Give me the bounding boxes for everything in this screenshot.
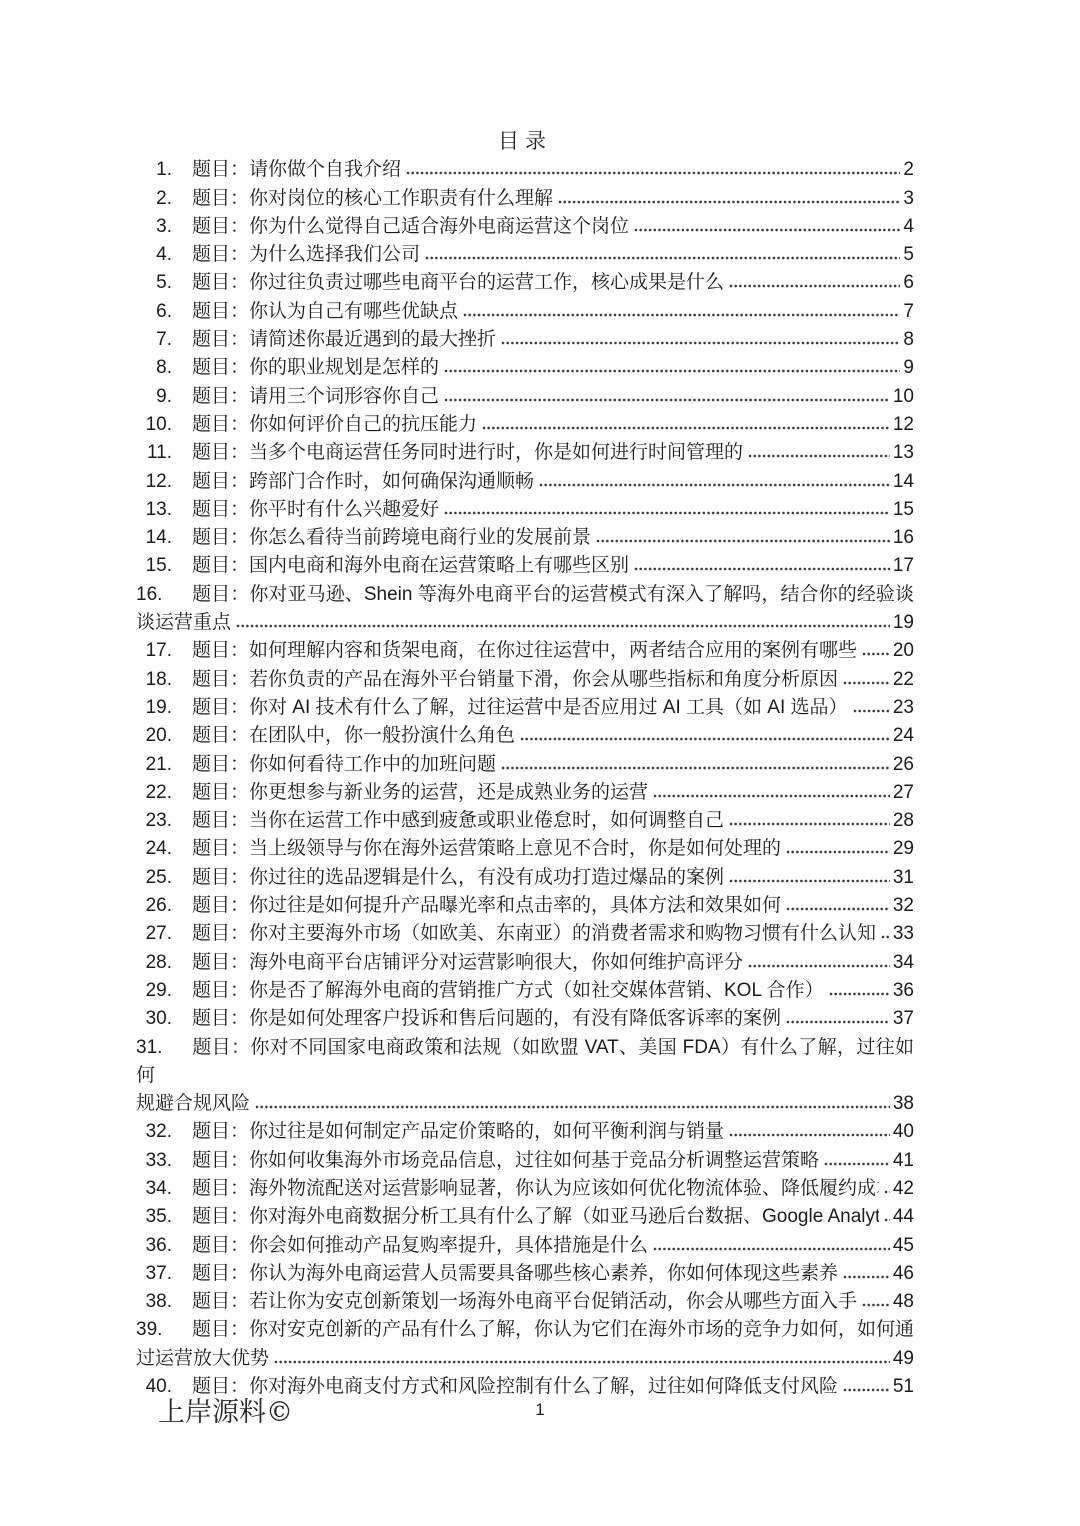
toc-entry-text: 题目：请你做个自我介绍 [192, 156, 401, 184]
dot-leader [444, 511, 890, 515]
toc-entry-page: 9 [903, 354, 914, 382]
toc-entry-page: 46 [893, 1260, 914, 1288]
toc-entry-page: 33 [893, 920, 914, 948]
toc-entry-text: 题目：你过往负责过哪些电商平台的运营工作，核心成果是什么 [192, 269, 724, 297]
dot-leader [729, 284, 900, 288]
dot-leader [843, 1388, 890, 1392]
toc-entry-page: 20 [893, 637, 914, 665]
toc-entry-text: 题目：你对不同国家电商政策和法规（如欧盟 VAT、美国 FDA）有什么了解，过往… [136, 1037, 914, 1086]
toc-entry-text-continued: 过运营放大优势 [136, 1345, 269, 1373]
toc-entry-text: 题目：在团队中，你一般扮演什么角色 [192, 722, 515, 750]
toc-entry-16[interactable]: 16.题目：你对亚马逊、Shein 等海外电商平台的运营模式有深入了解吗，结合你… [136, 581, 914, 638]
toc-entry-number: 26. [136, 892, 172, 920]
toc-entry-number: 9. [136, 383, 172, 411]
toc-entry-27[interactable]: 27.题目：你对主要海外市场（如欧美、东南亚）的消费者需求和购物习惯有什么认知3… [136, 920, 914, 948]
toc-entry-number: 3. [136, 213, 172, 241]
toc-entry-number: 25. [136, 864, 172, 892]
toc-entry-31[interactable]: 31.题目：你对不同国家电商政策和法规（如欧盟 VAT、美国 FDA）有什么了解… [136, 1034, 914, 1119]
toc-entry-14[interactable]: 14.题目：你怎么看待当前跨境电商行业的发展前景16 [136, 524, 914, 552]
toc-entry-page: 38 [893, 1090, 914, 1118]
dot-leader [829, 992, 890, 996]
toc-entry-line1: 16.题目：你对亚马逊、Shein 等海外电商平台的运营模式有深入了解吗，结合你… [136, 581, 914, 609]
toc-entry-text: 题目：你对亚马逊、Shein 等海外电商平台的运营模式有深入了解吗，结合你的经验… [192, 584, 914, 605]
dot-leader [236, 624, 890, 628]
toc-entry-9[interactable]: 9.题目：请用三个词形容你自己10 [136, 383, 914, 411]
toc-entry-page: 28 [893, 807, 914, 835]
toc-entry-number: 17. [136, 637, 172, 665]
toc-entry-number: 13. [136, 496, 172, 524]
toc-entry-text: 题目：国内电商和海外电商在运营策略上有哪些区别 [192, 552, 629, 580]
dot-leader [862, 652, 890, 656]
toc-entry-24[interactable]: 24.题目：当上级领导与你在海外运营策略上意见不合时，你是如何处理的29 [136, 835, 914, 863]
toc-entry-page: 27 [893, 779, 914, 807]
toc-entry-text: 题目：你对海外电商数据分析工具有什么了解（如亚马逊后台数据、Google Ana… [192, 1203, 879, 1231]
toc-entry-number: 29. [136, 977, 172, 1005]
toc-entry-text: 题目：跨部门合作时，如何确保沟通顺畅 [192, 468, 534, 496]
toc-entry-number: 32. [136, 1118, 172, 1146]
toc-entry-number: 15. [136, 552, 172, 580]
toc-entry-text: 题目：若让你为安克创新策划一场海外电商平台促销活动，你会从哪些方面入手 [192, 1288, 857, 1316]
toc-entry-text: 题目：你认为海外电商运营人员需要具备哪些核心素养，你如何体现这些素养 [192, 1260, 838, 1288]
dot-leader [501, 341, 900, 345]
toc-entry-text: 题目：你对 AI 技术有什么了解，过往运营中是否应用过 AI 工具（如 AI 选… [192, 694, 848, 722]
toc-entry-23[interactable]: 23.题目：当你在运营工作中感到疲惫或职业倦怠时，如何调整自己28 [136, 807, 914, 835]
page-number: 1 [0, 1400, 1080, 1420]
toc-entry-page: 48 [893, 1288, 914, 1316]
toc-entry-page: 37 [893, 1005, 914, 1033]
toc-entry-page: 51 [893, 1373, 914, 1401]
toc-entry-text: 题目：你会如何推动产品复购率提升，具体措施是什么 [192, 1232, 648, 1260]
dot-leader [274, 1360, 890, 1364]
toc-entry-text: 题目：当你在运营工作中感到疲惫或职业倦怠时，如何调整自己 [192, 807, 724, 835]
toc-entry-12[interactable]: 12.题目：跨部门合作时，如何确保沟通顺畅14 [136, 468, 914, 496]
dot-leader [653, 794, 890, 798]
toc-entry-11[interactable]: 11.题目：当多个电商运营任务同时进行时，你是如何进行时间管理的13 [136, 439, 914, 467]
toc-entry-number: 10. [136, 411, 172, 439]
toc-entry-10[interactable]: 10.题目：你如何评价自己的抗压能力12 [136, 411, 914, 439]
dot-leader [653, 1247, 890, 1251]
dot-leader [558, 200, 900, 204]
toc-entry-36[interactable]: 36.题目：你会如何推动产品复购率提升，具体措施是什么45 [136, 1232, 914, 1260]
toc-entry-number: 34. [136, 1175, 172, 1203]
toc-entry-page: 42 [893, 1175, 914, 1203]
dot-leader [425, 256, 900, 260]
toc-entry-number: 19. [136, 694, 172, 722]
toc-entry-text: 题目：你过往是如何制定产品定价策略的，如何平衡利润与销量 [192, 1118, 724, 1146]
toc-entry-21[interactable]: 21.题目：你如何看待工作中的加班问题26 [136, 751, 914, 779]
toc-entry-text: 题目：你过往是如何提升产品曝光率和点击率的，具体方法和效果如何 [192, 892, 781, 920]
dot-leader [634, 567, 890, 571]
toc-entry-text: 题目：海外物流配送对运营影响显著，你认为应该如何优化物流体验、降低履约成本 [192, 1175, 879, 1203]
toc-entry-text: 题目：你如何评价自己的抗压能力 [192, 411, 477, 439]
toc-entry-number: 24. [136, 835, 172, 863]
toc-entry-number: 39. [136, 1316, 172, 1344]
toc-entry-1[interactable]: 1.题目：请你做个自我介绍2 [136, 156, 914, 184]
toc-entry-page: 16 [893, 524, 914, 552]
toc-entry-text: 题目：当上级领导与你在海外运营策略上意见不合时，你是如何处理的 [192, 835, 781, 863]
toc-entry-page: 44 [893, 1203, 914, 1231]
toc-entry-20[interactable]: 20.题目：在团队中，你一般扮演什么角色24 [136, 722, 914, 750]
dot-leader [520, 737, 890, 741]
toc-entry-18[interactable]: 18.题目：若你负责的产品在海外平台销量下滑，你会从哪些指标和角度分析原因22 [136, 666, 914, 694]
dot-leader [596, 539, 890, 543]
toc-entry-page: 26 [893, 751, 914, 779]
toc-entry-line1: 31.题目：你对不同国家电商政策和法规（如欧盟 VAT、美国 FDA）有什么了解… [136, 1034, 914, 1091]
toc-entry-text: 题目：请简述你最近遇到的最大挫折 [192, 326, 496, 354]
dot-leader [853, 709, 890, 713]
toc-entry-page: 15 [893, 496, 914, 524]
toc-entry-5[interactable]: 5.题目：你过往负责过哪些电商平台的运营工作，核心成果是什么6 [136, 269, 914, 297]
toc-entry-page: 41 [893, 1147, 914, 1175]
toc-entry-number: 28. [136, 949, 172, 977]
toc-entry-number: 37. [136, 1260, 172, 1288]
toc-entry-page: 22 [893, 666, 914, 694]
toc-entry-page: 19 [893, 609, 914, 637]
dot-leader [634, 228, 900, 232]
toc-entry-text-continued: 谈运营重点 [136, 609, 231, 637]
toc-entry-text: 题目：若你负责的产品在海外平台销量下滑，你会从哪些指标和角度分析原因 [192, 666, 838, 694]
toc-entry-text: 题目：你如何看待工作中的加班问题 [192, 751, 496, 779]
toc-entry-number: 30. [136, 1005, 172, 1033]
dot-leader [501, 766, 890, 770]
toc-entry-32[interactable]: 32.题目：你过往是如何制定产品定价策略的，如何平衡利润与销量40 [136, 1118, 914, 1146]
toc-entry-7[interactable]: 7.题目：请简述你最近遇到的最大挫折8 [136, 326, 914, 354]
toc-entry-text: 题目：你对主要海外市场（如欧美、东南亚）的消费者需求和购物习惯有什么认知 [192, 920, 876, 948]
toc-entry-19[interactable]: 19.题目：你对 AI 技术有什么了解，过往运营中是否应用过 AI 工具（如 A… [136, 694, 914, 722]
toc-entry-number: 2. [136, 185, 172, 213]
toc-entry-text: 题目：你平时有什么兴趣爱好 [192, 496, 439, 524]
toc-entry-page: 24 [893, 722, 914, 750]
toc-entry-page: 49 [893, 1345, 914, 1373]
toc-entry-text: 题目：当多个电商运营任务同时进行时，你是如何进行时间管理的 [192, 439, 743, 467]
dot-leader [824, 1162, 890, 1166]
toc-content: 目录 1.题目：请你做个自我介绍22.题目：你对岗位的核心工作职责有什么理解33… [136, 128, 914, 1401]
dot-leader [884, 1190, 890, 1194]
toc-entry-number: 23. [136, 807, 172, 835]
dot-leader [843, 681, 890, 685]
dot-leader [729, 822, 890, 826]
toc-entry-number: 4. [136, 241, 172, 269]
toc-entry-28[interactable]: 28.题目：海外电商平台店铺评分对运营影响很大，你如何维护高评分34 [136, 949, 914, 977]
toc-entry-25[interactable]: 25.题目：你过往的选品逻辑是什么，有没有成功打造过爆品的案例31 [136, 864, 914, 892]
dot-leader [482, 426, 890, 430]
toc-entry-39[interactable]: 39.题目：你对安克创新的产品有什么了解，你认为它们在海外市场的竞争力如何，如何… [136, 1316, 914, 1373]
toc-entry-page: 7 [903, 298, 914, 326]
toc-entry-number: 21. [136, 751, 172, 779]
dot-leader [786, 1020, 890, 1024]
toc-entry-page: 13 [893, 439, 914, 467]
toc-entry-text: 题目：你是如何处理客户投诉和售后问题的，有没有降低客诉率的案例 [192, 1005, 781, 1033]
toc-entry-number: 20. [136, 722, 172, 750]
dot-leader [406, 171, 900, 175]
toc-entry-text: 题目：请用三个词形容你自己 [192, 383, 439, 411]
toc-entry-page: 5 [903, 241, 914, 269]
dot-leader [539, 483, 890, 487]
toc-entry-line2: 谈运营重点19 [136, 609, 914, 637]
dot-leader [786, 850, 890, 854]
toc-entry-page: 12 [893, 411, 914, 439]
toc-entry-text: 题目：如何理解内容和货架电商，在你过往运营中，两者结合应用的案例有哪些 [192, 637, 857, 665]
toc-entry-text: 题目：你为什么觉得自己适合海外电商运营这个岗位 [192, 213, 629, 241]
toc-entry-number: 22. [136, 779, 172, 807]
toc-entry-number: 35. [136, 1203, 172, 1231]
toc-entry-page: 40 [893, 1118, 914, 1146]
dot-leader [748, 964, 890, 968]
toc-entry-page: 23 [893, 694, 914, 722]
toc-entry-page: 32 [893, 892, 914, 920]
toc-entry-text: 题目：你对安克创新的产品有什么了解，你认为它们在海外市场的竞争力如何，如何通 [192, 1319, 914, 1340]
toc-entry-text: 题目：你怎么看待当前跨境电商行业的发展前景 [192, 524, 591, 552]
toc-entry-page: 14 [893, 468, 914, 496]
toc-entry-page: 8 [903, 326, 914, 354]
dot-leader [881, 935, 890, 939]
toc-entry-text: 题目：你认为自己有哪些优缺点 [192, 298, 458, 326]
dot-leader [729, 1133, 890, 1137]
toc-entry-3[interactable]: 3.题目：你为什么觉得自己适合海外电商运营这个岗位4 [136, 213, 914, 241]
toc-entry-35[interactable]: 35.题目：你对海外电商数据分析工具有什么了解（如亚马逊后台数据、Google … [136, 1203, 914, 1231]
toc-entry-number: 8. [136, 354, 172, 382]
dot-leader [862, 1303, 890, 1307]
toc-entry-text: 题目：你是否了解海外电商的营销推广方式（如社交媒体营销、KOL 合作） [192, 977, 824, 1005]
toc-entry-number: 7. [136, 326, 172, 354]
toc-entry-text: 题目：你对岗位的核心工作职责有什么理解 [192, 185, 553, 213]
toc-entry-text: 题目：你的职业规划是怎样的 [192, 354, 439, 382]
toc-entry-6[interactable]: 6.题目：你认为自己有哪些优缺点7 [136, 298, 914, 326]
toc-entry-number: 33. [136, 1147, 172, 1175]
toc-entry-38[interactable]: 38.题目：若让你为安克创新策划一场海外电商平台促销活动，你会从哪些方面入手48 [136, 1288, 914, 1316]
dot-leader [729, 879, 890, 883]
toc-entry-page: 4 [903, 213, 914, 241]
toc-entry-page: 36 [893, 977, 914, 1005]
toc-entry-17[interactable]: 17.题目：如何理解内容和货架电商，在你过往运营中，两者结合应用的案例有哪些20 [136, 637, 914, 665]
toc-entry-page: 31 [893, 864, 914, 892]
toc-entry-number: 5. [136, 269, 172, 297]
toc-entry-2[interactable]: 2.题目：你对岗位的核心工作职责有什么理解3 [136, 185, 914, 213]
dot-leader [255, 1105, 890, 1109]
dot-leader [444, 398, 890, 402]
toc-entry-page: 10 [893, 383, 914, 411]
toc-entry-line1: 39.题目：你对安克创新的产品有什么了解，你认为它们在海外市场的竞争力如何，如何… [136, 1316, 914, 1344]
dot-leader [463, 313, 900, 317]
dot-leader [843, 1275, 890, 1279]
toc-entry-29[interactable]: 29.题目：你是否了解海外电商的营销推广方式（如社交媒体营销、KOL 合作）36 [136, 977, 914, 1005]
toc-entry-26[interactable]: 26.题目：你过往是如何提升产品曝光率和点击率的，具体方法和效果如何32 [136, 892, 914, 920]
toc-entry-13[interactable]: 13.题目：你平时有什么兴趣爱好15 [136, 496, 914, 524]
toc-entry-22[interactable]: 22.题目：你更想参与新业务的运营，还是成熟业务的运营27 [136, 779, 914, 807]
toc-entry-number: 16. [136, 581, 172, 609]
toc-entry-number: 1. [136, 156, 172, 184]
toc-entry-line2: 过运营放大优势49 [136, 1345, 914, 1373]
toc-entry-page: 45 [893, 1232, 914, 1260]
toc-entry-text: 题目：海外电商平台店铺评分对运营影响很大，你如何维护高评分 [192, 949, 743, 977]
dot-leader [748, 454, 890, 458]
toc-entry-page: 29 [893, 835, 914, 863]
toc-entry-number: 31. [136, 1034, 172, 1062]
toc-entry-text: 题目：你过往的选品逻辑是什么，有没有成功打造过爆品的案例 [192, 864, 724, 892]
toc-entry-30[interactable]: 30.题目：你是如何处理客户投诉和售后问题的，有没有降低客诉率的案例37 [136, 1005, 914, 1033]
toc-entry-text: 题目：你更想参与新业务的运营，还是成熟业务的运营 [192, 779, 648, 807]
toc-entry-page: 17 [893, 552, 914, 580]
toc-entry-8[interactable]: 8.题目：你的职业规划是怎样的9 [136, 354, 914, 382]
toc-entry-page: 34 [893, 949, 914, 977]
toc-entry-number: 6. [136, 298, 172, 326]
dot-leader [444, 369, 900, 373]
toc-entry-15[interactable]: 15.题目：国内电商和海外电商在运营策略上有哪些区别17 [136, 552, 914, 580]
toc-entry-number: 38. [136, 1288, 172, 1316]
toc-entry-number: 14. [136, 524, 172, 552]
toc-entry-text: 题目：你如何收集海外市场竞品信息，过往如何基于竞品分析调整运营策略 [192, 1147, 819, 1175]
document-page: 目录 1.题目：请你做个自我介绍22.题目：你对岗位的核心工作职责有什么理解33… [0, 0, 1080, 1526]
toc-entry-number: 36. [136, 1232, 172, 1260]
toc-entry-34[interactable]: 34.题目：海外物流配送对运营影响显著，你认为应该如何优化物流体验、降低履约成本… [136, 1175, 914, 1203]
toc-entry-4[interactable]: 4.题目：为什么选择我们公司5 [136, 241, 914, 269]
toc-entry-33[interactable]: 33.题目：你如何收集海外市场竞品信息，过往如何基于竞品分析调整运营策略41 [136, 1147, 914, 1175]
toc-entry-number: 18. [136, 666, 172, 694]
toc-entry-37[interactable]: 37.题目：你认为海外电商运营人员需要具备哪些核心素养，你如何体现这些素养46 [136, 1260, 914, 1288]
toc-entry-text-continued: 规避合规风险 [136, 1090, 250, 1118]
dot-leader [786, 907, 890, 911]
toc-title: 目录 [136, 128, 914, 156]
toc-entry-line2: 规避合规风险38 [136, 1090, 914, 1118]
toc-entry-number: 27. [136, 920, 172, 948]
toc-entry-number: 12. [136, 468, 172, 496]
toc-entry-page: 2 [903, 156, 914, 184]
toc-entry-page: 6 [903, 269, 914, 297]
toc-entry-page: 3 [903, 185, 914, 213]
toc-list: 1.题目：请你做个自我介绍22.题目：你对岗位的核心工作职责有什么理解33.题目… [136, 156, 914, 1401]
dot-leader [884, 1218, 890, 1222]
toc-entry-number: 11. [136, 439, 172, 467]
toc-entry-text: 题目：为什么选择我们公司 [192, 241, 420, 269]
